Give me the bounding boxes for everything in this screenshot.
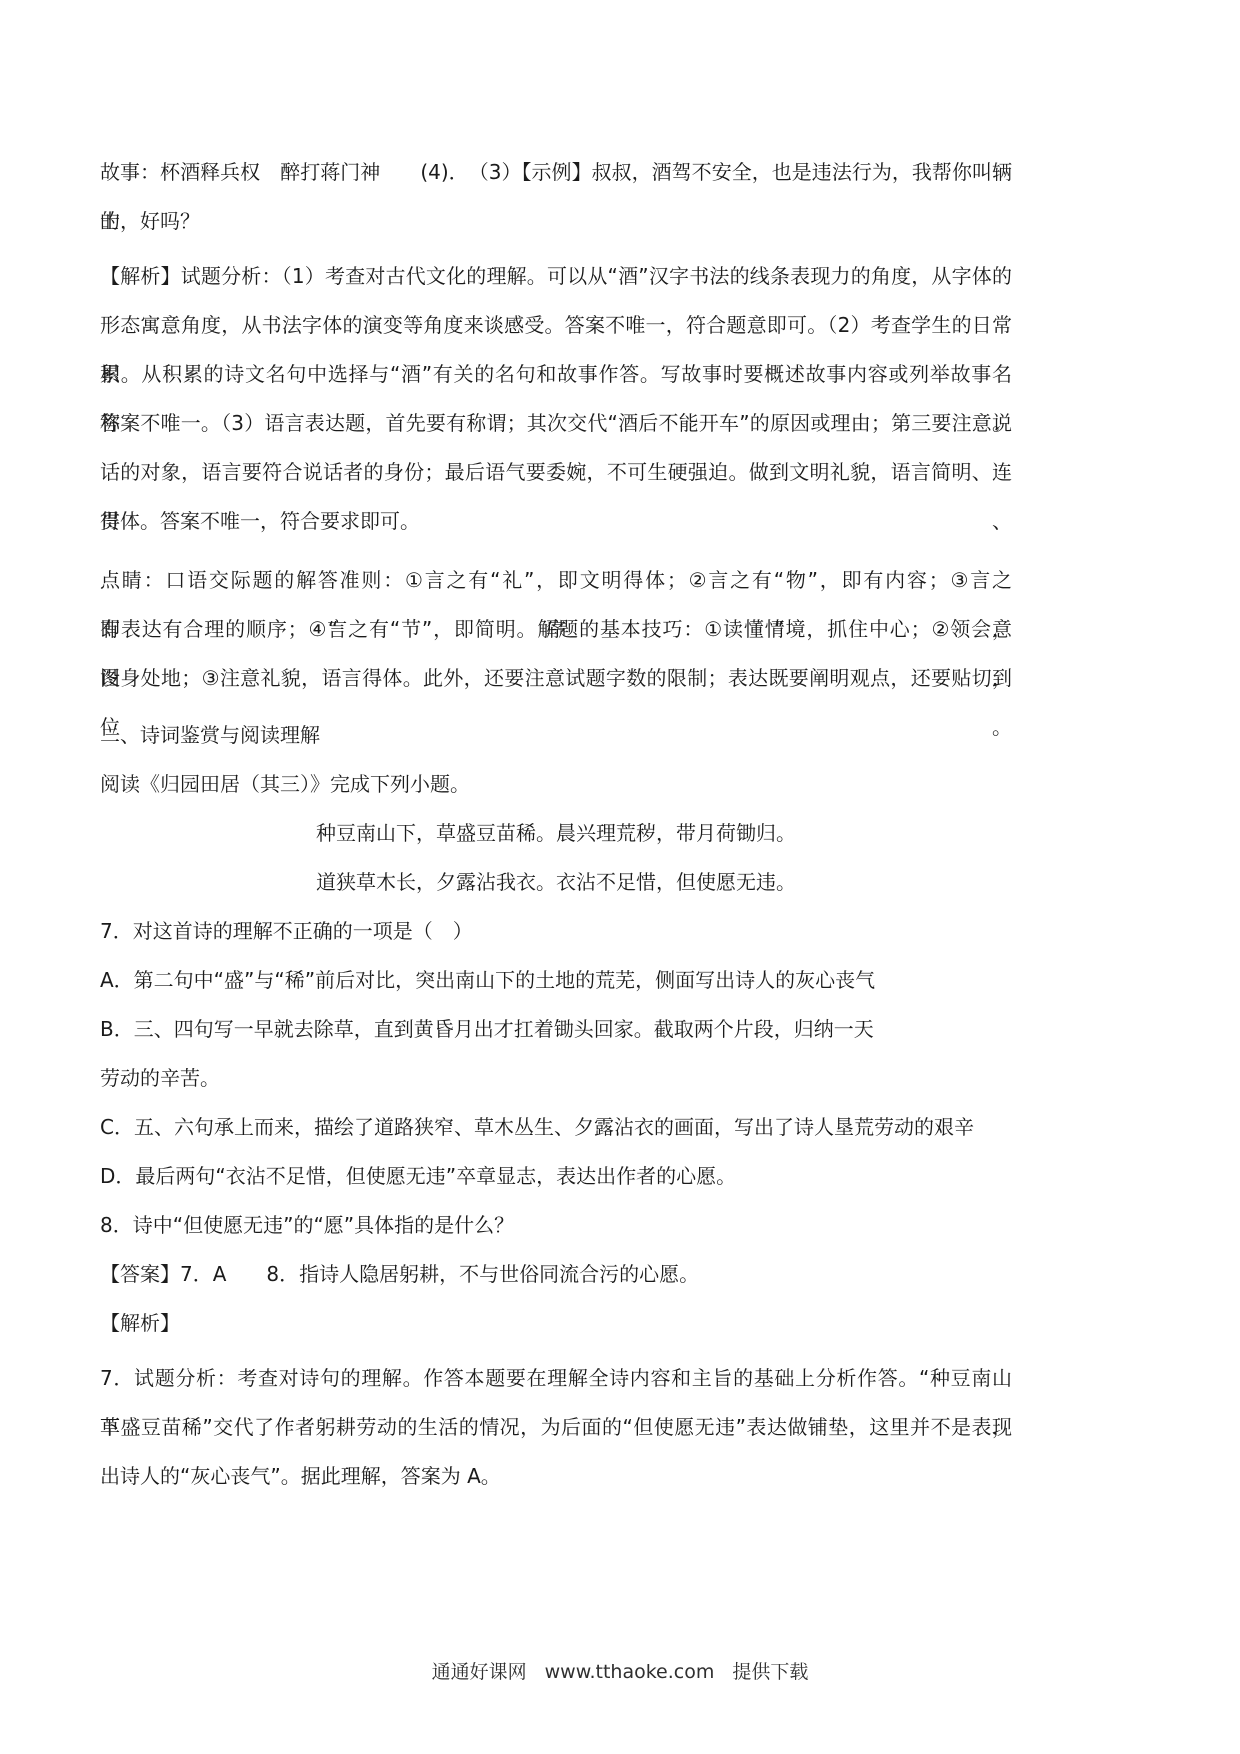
footer-site-name: 通通好课网 [432,1661,527,1683]
footer-url: www.tthaoke.com [545,1661,715,1683]
option-d-line: D．最后两句“衣沾不足惜，但使愿无违”卒章显志，表达出作者的心愿。 [100,1152,1012,1201]
option-b-line: B．三、四句写一早就去除草，直到黄昏月出才扛着锄头回家。截取两个片段，归纳一天 [100,1005,1012,1054]
poem-line: 种豆南山下，草盛豆苗稀。晨兴理荒秽，带月荷锄归。 [100,809,1012,858]
option-b-line: 劳动的辛苦。 [100,1054,1012,1103]
page-footer: 通通好课网www.tthaoke.com提供下载 [0,1652,1240,1692]
question-8: 8．诗中“但使愿无违”的“愿”具体指的是什么？ [100,1201,1012,1250]
tips-text-line: 点睛：口语交际题的解答准则：①言之有“礼”，即文明得体；②言之有“物”，即有内容… [100,556,1012,605]
document-body: 故事：杯酒释兵权 醉打蒋门神 (4)． （3）【示例】叔叔，酒驾不安全，也是违法… [100,148,1012,1501]
answer-line: 【答案】7．A 8．指诗人隐居躬耕，不与世俗同流合污的心愿。 [100,1250,1012,1299]
answer-example-line: 士，好吗？ [100,197,1012,246]
analysis-heading: 【解析】 [100,1299,1012,1348]
analysis-text-line: 【解析】试题分析：（1）考查对古代文化的理解。可以从“酒”汉字书法的线条表现力的… [100,252,1012,301]
reading-instruction: 阅读《归园田居（其三）》完成下列小题。 [100,760,1012,809]
poem-line: 道狭草木长，夕露沾我衣。衣沾不足惜，但使愿无违。 [100,858,1012,907]
analysis-text-line: 形态寓意角度，从书法字体的演变等角度来谈感受。答案不唯一，符合题意即可。（2）考… [100,301,1012,350]
option-a-line: A．第二句中“盛”与“稀”前后对比，突出南山下的土地的荒芜，侧面写出诗人的灰心丧… [100,956,1012,1005]
option-c-line: C．五、六句承上而来，描绘了道路狭窄、草木丛生、夕露沾衣的画面，写出了诗人垦荒劳… [100,1103,1012,1152]
question-7: 7．对这首诗的理解不正确的一项是（ ） [100,907,1012,956]
analysis-q7-line: 出诗人的“灰心丧气”。据此理解，答案为 A。 [100,1452,1012,1501]
document-page: { "page": { "background_color": "#ffffff… [0,0,1240,1754]
analysis-text-line: 答案不唯一。（3）语言表达题，首先要有称谓；其次交代“酒后不能开车”的原因或理由… [100,399,1012,448]
tips-text-line: 即表达有合理的顺序；④言之有“节”，即简明。解题的基本技巧：①读懂情境，抓住中心… [100,605,1012,654]
answer-example-line: 故事：杯酒释兵权 醉打蒋门神 (4)． （3）【示例】叔叔，酒驾不安全，也是违法… [100,148,1012,197]
analysis-text-line: 累。从积累的诗文名句中选择与“酒”有关的名句和故事作答。写故事时要概述故事内容或… [100,350,1012,399]
analysis-text-line: 话的对象，语言要符合说话者的身份；最后语气要委婉，不可生硬强迫。做到文明礼貌，语… [100,448,1012,497]
analysis-q7-line: 草盛豆苗稀”交代了作者躬耕劳动的生活的情况，为后面的“但使愿无违”表达做铺垫，这… [100,1403,1012,1452]
analysis-q7-line: 7．试题分析：考查对诗句的理解。作答本题要在理解全诗内容和主旨的基础上分析作答。… [100,1354,1012,1403]
footer-download-note: 提供下载 [732,1661,808,1683]
tips-text-line: 设身处地；③注意礼貌，语言得体。此外，还要注意试题字数的限制；表达既要阐明观点，… [100,654,1012,703]
